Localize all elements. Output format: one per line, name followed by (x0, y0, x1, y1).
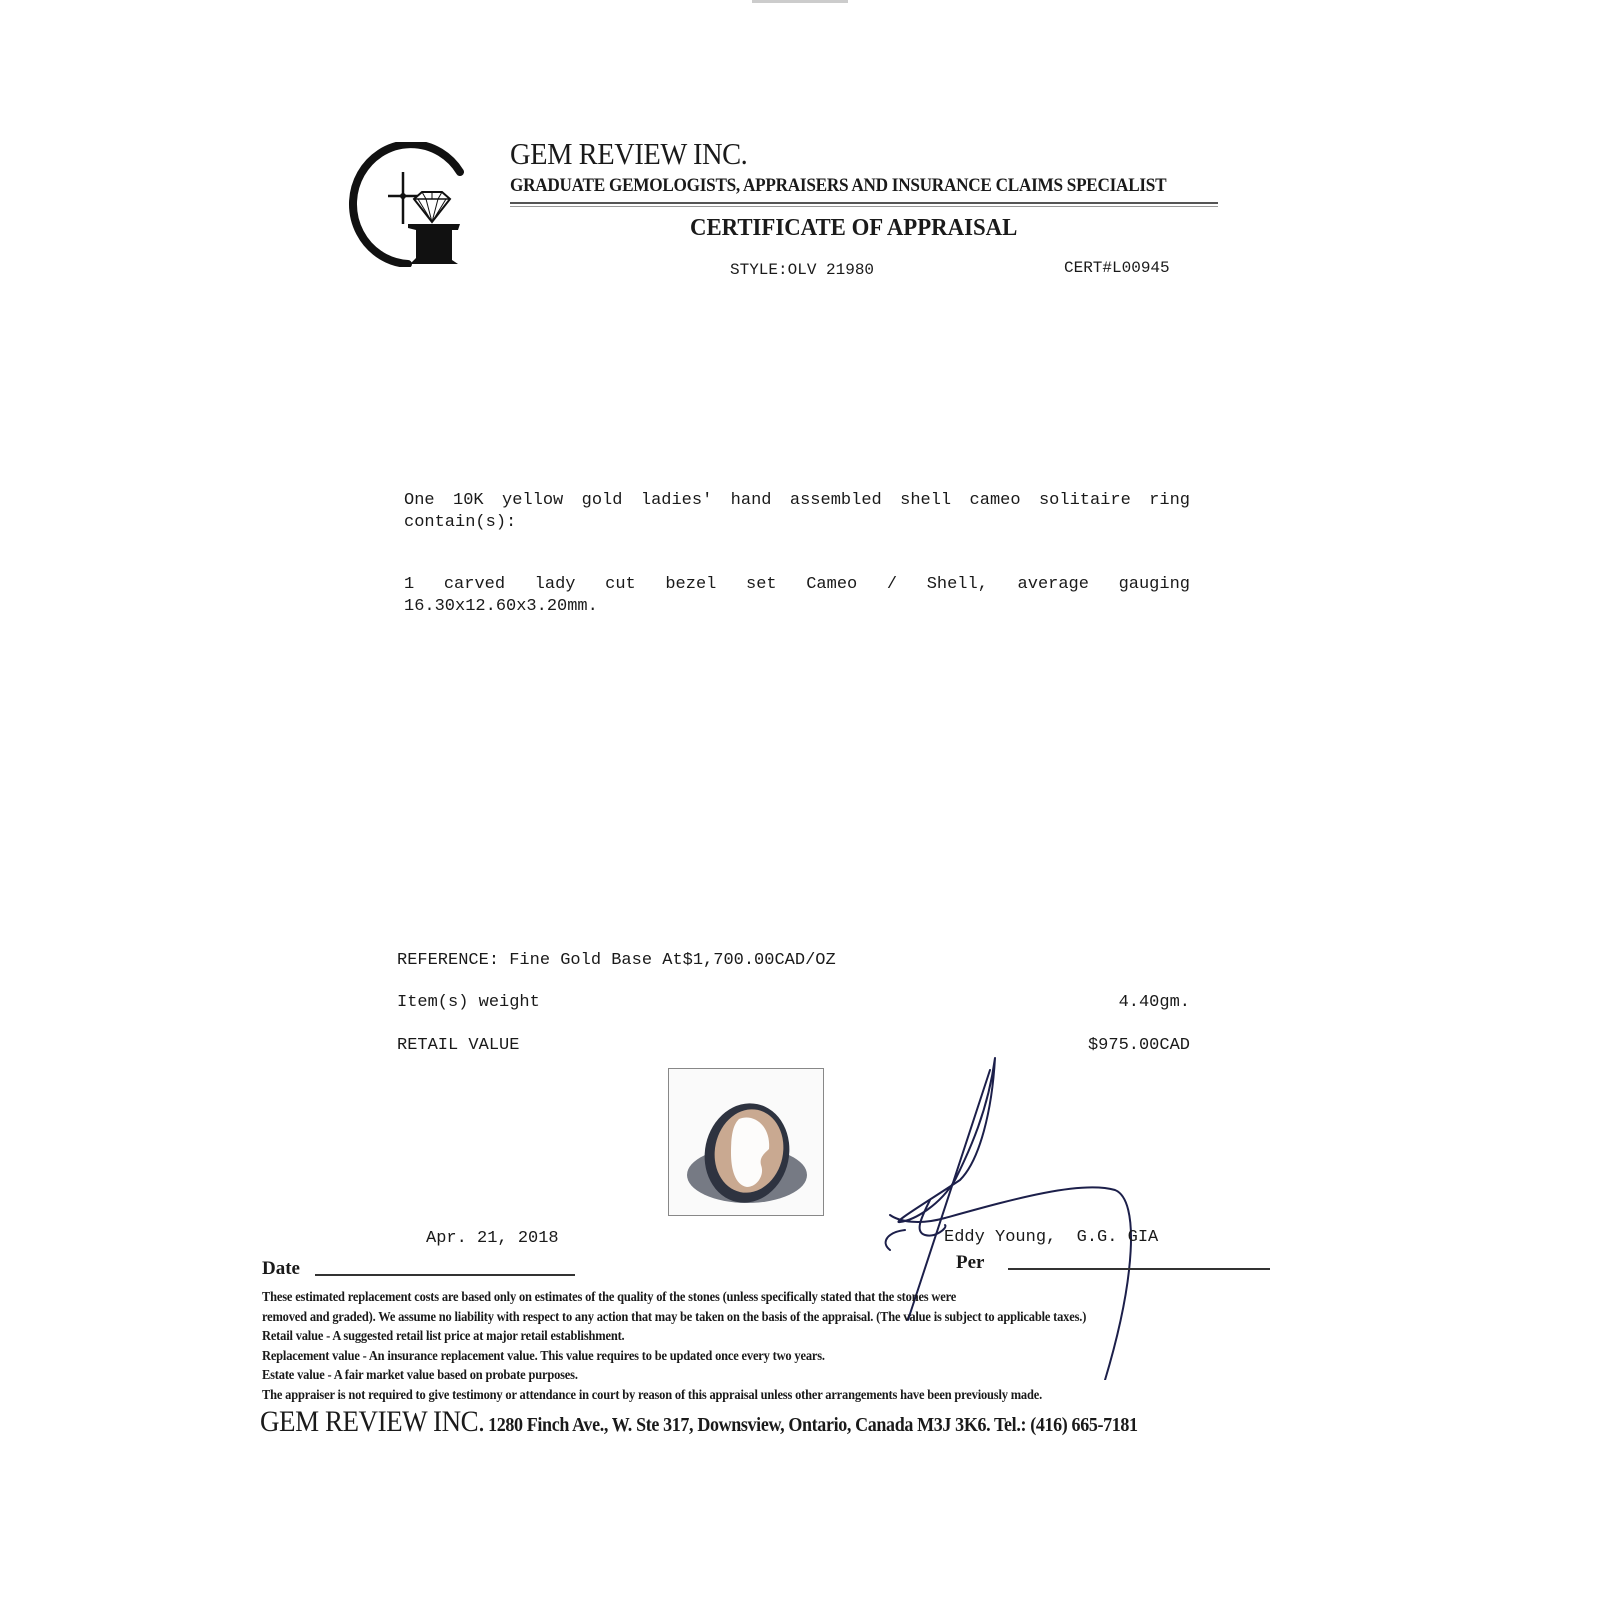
gold-reference: REFERENCE: Fine Gold Base At$1,700.00CAD… (397, 951, 1190, 970)
certificate-number: CERT#L00945 (1064, 259, 1170, 277)
date-label: Date (262, 1258, 300, 1280)
stone-description: 1 carved lady cut bezel set Cameo / Shel… (404, 574, 1190, 618)
disclaimer-line: removed and graded). We assume no liabil… (262, 1308, 1197, 1328)
item-description: One 10K yellow gold ladies' hand assembl… (404, 490, 1190, 534)
retail-value-row: RETAIL VALUE $975.00CAD (397, 1036, 1190, 1055)
disclaimer-line: These estimated replacement costs are ba… (262, 1288, 1197, 1308)
style-code: STYLE:OLV 21980 (730, 261, 874, 279)
weight-value: 4.40gm. (1119, 993, 1190, 1012)
retail-value-amount: $975.00CAD (1088, 1036, 1190, 1055)
per-label: Per (956, 1252, 984, 1274)
retail-value-label: RETAIL VALUE (397, 1036, 519, 1055)
disclaimer: These estimated replacement costs are ba… (262, 1288, 1197, 1405)
footer-address: 1280 Finch Ave., W. Ste 317, Downsview, … (488, 1414, 1138, 1436)
document-title: CERTIFICATE OF APPRAISAL (690, 215, 1017, 242)
gold-reference-text: REFERENCE: Fine Gold Base At$1,700.00CAD… (397, 951, 836, 970)
disclaimer-line: The appraiser is not required to give te… (262, 1386, 1197, 1406)
per-signature-line (1008, 1268, 1270, 1270)
footer: GEM REVIEW INC.1280 Finch Ave., W. Ste 3… (260, 1405, 1138, 1439)
company-name: GEM REVIEW INC. (510, 136, 747, 172)
company-tagline: GRADUATE GEMOLOGISTS, APPRAISERS AND INS… (510, 176, 1166, 197)
header-divider-thin (510, 206, 1218, 207)
disclaimer-line: Retail value - A suggested retail list p… (262, 1327, 1197, 1347)
header-divider (510, 202, 1218, 204)
date-signature-line (315, 1274, 575, 1276)
appraisal-date: Apr. 21, 2018 (426, 1229, 559, 1248)
disclaimer-line: Estate value - A fair market value based… (262, 1366, 1197, 1386)
footer-company-name: GEM REVIEW INC. (260, 1405, 484, 1438)
weight-row: Item(s) weight 4.40gm. (397, 993, 1190, 1012)
cameo-ring-photo (668, 1068, 824, 1216)
cropped-text-fragment (752, 0, 848, 3)
gem-review-logo-icon (348, 142, 468, 267)
appraiser-name: Eddy Young, G.G. GIA (944, 1228, 1158, 1247)
disclaimer-line: Replacement value - An insurance replace… (262, 1347, 1197, 1367)
weight-label: Item(s) weight (397, 993, 540, 1012)
